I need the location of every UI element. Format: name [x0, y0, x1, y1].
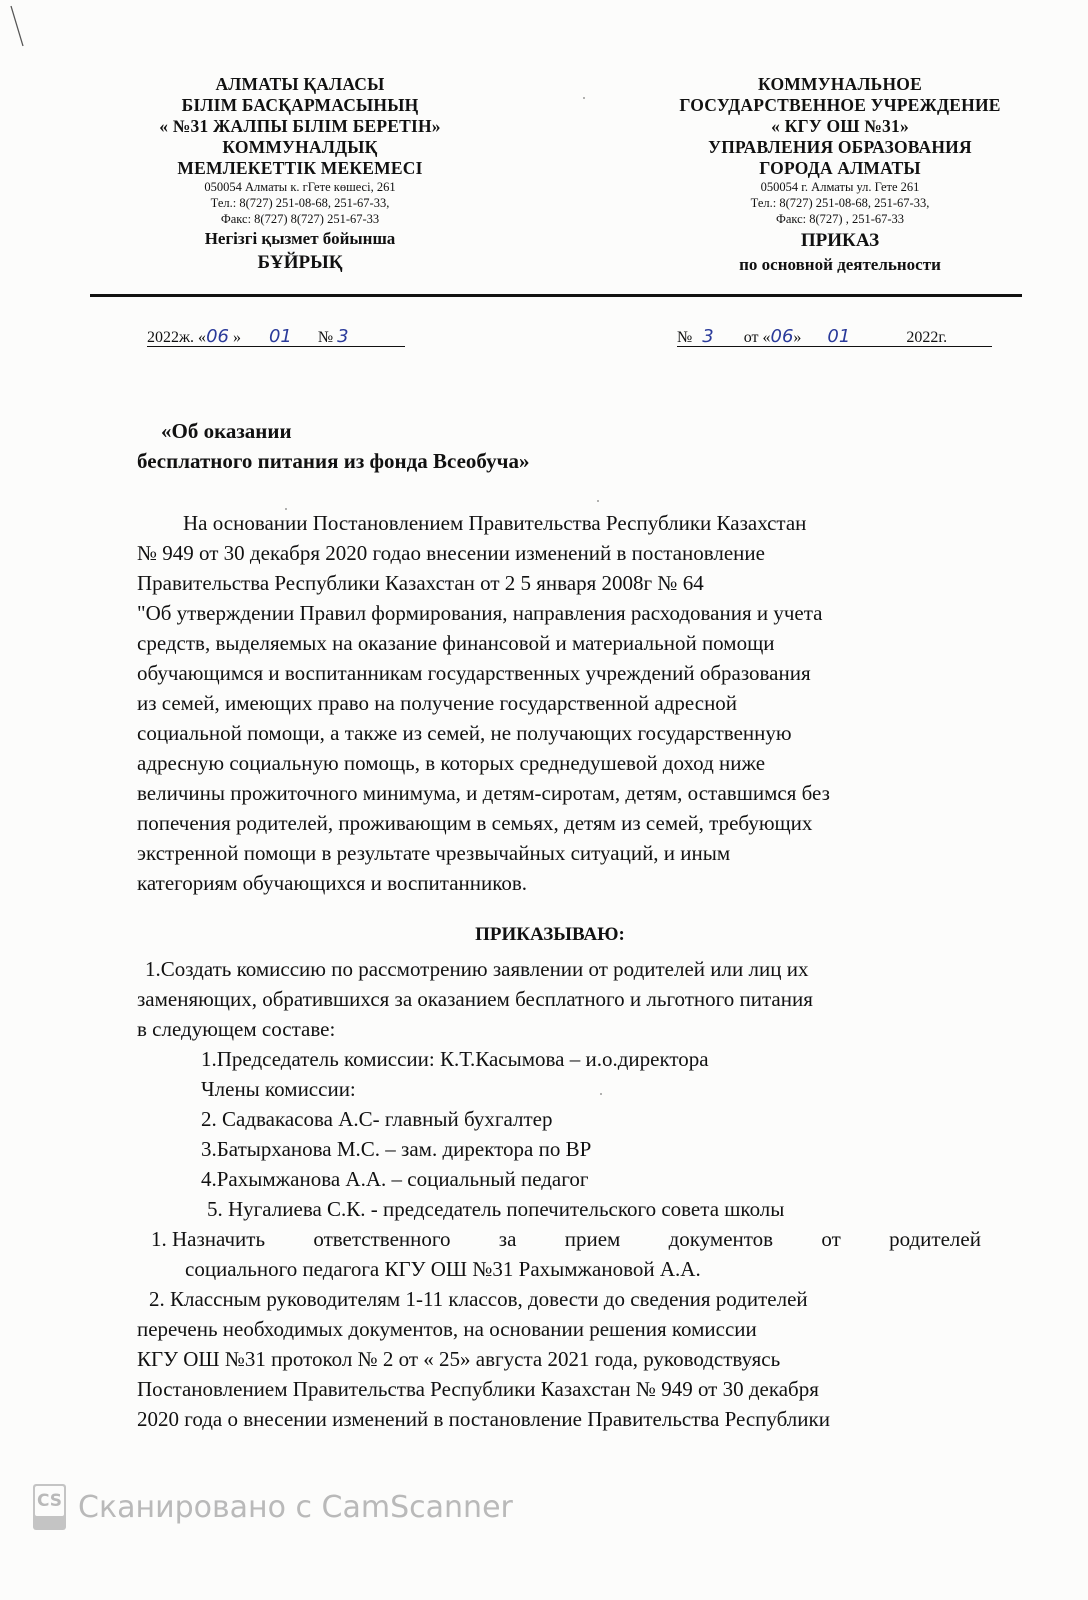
scanned-page: АЛМАТЫ ҚАЛАСЫ БІЛІМ БАСҚАРМАСЫНЫҢ « №31 … — [0, 0, 1088, 1600]
order-heading-text: ПРИКАЗЫВАЮ: — [475, 924, 625, 945]
text-line: категориям обучающихся и воспитанников. — [137, 868, 987, 898]
subject-line: «Об оказании — [137, 416, 529, 446]
from-label: от « — [744, 329, 771, 347]
text-line: 2020 года о внесении изменений в постано… — [137, 1404, 987, 1434]
header-line: КОММУНАЛЬНОЕ — [650, 74, 1030, 95]
date-prefix: 2022ж. « — [147, 329, 206, 347]
header-doc-type: ПРИКАЗ — [650, 229, 1030, 253]
order-date-kazakh: 2022ж. «06»01№3 — [147, 326, 405, 347]
word: за — [499, 1224, 517, 1254]
scan-speck — [597, 500, 599, 502]
scan-speck — [600, 1093, 602, 1095]
header-line: ГОСУДАРСТВЕННОЕ УЧРЕЖДЕНИЕ — [650, 95, 1030, 116]
pen-stroke-mark — [8, 4, 26, 48]
word: 1. Назначить — [151, 1224, 265, 1254]
word: от — [821, 1224, 840, 1254]
scan-speck — [583, 97, 585, 99]
order-subject: «Об оказании бесплатного питания из фонд… — [137, 416, 529, 476]
header-russian: КОММУНАЛЬНОЕ ГОСУДАРСТВЕННОЕ УЧРЕЖДЕНИЕ … — [650, 74, 1030, 277]
header-line: « КГУ ОШ №31» — [650, 116, 1030, 137]
scan-speck — [285, 508, 287, 510]
header-line: УПРАВЛЕНИЯ ОБРАЗОВАНИЯ — [650, 137, 1030, 158]
camscanner-watermark: CS Сканировано с CamScanner — [33, 1484, 513, 1530]
commission-label: Члены комиссии: — [137, 1074, 987, 1104]
handwritten-day: 06 — [206, 326, 229, 347]
handwritten-month: 01 — [269, 326, 292, 347]
header-subtitle: Негізгі қызмет бойынша — [110, 227, 490, 251]
text-line: заменяющих, обратившихся за оказанием бе… — [137, 984, 987, 1014]
header-line: КОММУНАЛДЫҚ — [110, 137, 490, 158]
word: родителей — [889, 1224, 981, 1254]
order-items: 1.Создать комиссию по рассмотрению заявл… — [137, 954, 987, 1434]
text-line: социального педагога КГУ ОШ №31 Рахымжан… — [137, 1254, 987, 1284]
commission-member: 4.Рахымжанова А.А. – социальный педагог — [137, 1164, 987, 1194]
text-line: средств, выделяемых на оказание финансов… — [137, 628, 987, 658]
text-line: На основании Постановлением Правительств… — [137, 508, 987, 538]
header-doc-type: БҰЙРЫҚ — [110, 251, 490, 275]
word: прием — [565, 1224, 621, 1254]
header-phone: Тел.: 8(727) 251-08-68, 251-67-33, — [110, 195, 490, 211]
text-line: "Об утверждении Правил формирования, нап… — [137, 598, 987, 628]
commission-member: 2. Садвакасова А.С- главный бухгалтер — [137, 1104, 987, 1134]
text-line: 2. Классным руководителям 1-11 классов, … — [137, 1284, 987, 1314]
handwritten-number: 3 — [702, 326, 713, 347]
number-label: № — [318, 329, 333, 347]
text-line: 1.Создать комиссию по рассмотрению заявл… — [137, 954, 987, 984]
text-line: социальной помощи, а также из семей, не … — [137, 718, 987, 748]
commission-member: 1.Председатель комиссии: К.Т.Касымова – … — [137, 1044, 987, 1074]
text-line: Правительства Республики Казахстан от 2 … — [137, 568, 987, 598]
header-line: ГОРОДА АЛМАТЫ — [650, 158, 1030, 179]
subject-line: бесплатного питания из фонда Всеобуча» — [137, 446, 529, 476]
text-line: № 949 от 30 декабря 2020 годао внесении … — [137, 538, 987, 568]
header-address: 050054 г. Алматы ул. Гете 261 — [650, 179, 1030, 195]
header-kazakh: АЛМАТЫ ҚАЛАСЫ БІЛІМ БАСҚАРМАСЫНЫҢ « №31 … — [110, 74, 490, 275]
date-year: 2022г. — [906, 329, 947, 347]
header-line: БІЛІМ БАСҚАРМАСЫНЫҢ — [110, 95, 490, 116]
header-line: АЛМАТЫ ҚАЛАСЫ — [110, 74, 490, 95]
camscanner-logo-icon: CS — [33, 1484, 66, 1530]
header-divider — [90, 294, 1022, 297]
assign-line: 1. Назначить ответственного за прием док… — [137, 1224, 981, 1254]
word: документов — [669, 1224, 773, 1254]
commission-member: 3.Батырханова М.С. – зам. директора по В… — [137, 1134, 987, 1164]
text-line: обучающимся и воспитанникам государствен… — [137, 658, 987, 688]
handwritten-day: 06 — [771, 326, 794, 347]
text-line: в следующем составе: — [137, 1014, 987, 1044]
text-line: перечень необходимых документов, на осно… — [137, 1314, 987, 1344]
header-fax: Факс: 8(727) 8(727) 251-67-33 — [110, 211, 490, 227]
text-line: Постановлением Правительства Республики … — [137, 1374, 987, 1404]
text-line: величины прожиточного минимума, и детям-… — [137, 778, 987, 808]
text-line: попечения родителей, проживающим в семья… — [137, 808, 987, 838]
header-fax: Факс: 8(727) , 251-67-33 — [650, 211, 1030, 227]
text-line: КГУ ОШ №31 протокол № 2 от « 25» августа… — [137, 1344, 987, 1374]
date-quote: » — [233, 329, 241, 347]
order-date-russian: №3от «06»012022г. — [677, 326, 992, 347]
handwritten-number: 3 — [337, 326, 348, 347]
header-phone: Тел.: 8(727) 251-08-68, 251-67-33, — [650, 195, 1030, 211]
text-line: экстренной помощи в результате чрезвычай… — [137, 838, 987, 868]
commission-member: 5. Нугалиева С.К. - председатель попечит… — [137, 1194, 987, 1224]
word: ответственного — [313, 1224, 450, 1254]
header-address: 050054 Алматы к. гГете көшесі, 261 — [110, 179, 490, 195]
text-line: адресную социальную помощь, в которых ср… — [137, 748, 987, 778]
order-heading: ПРИКАЗЫВАЮ: — [0, 924, 1088, 946]
header-line: « №31 ЖАЛПЫ БІЛІМ БЕРЕТІН» — [110, 116, 490, 137]
handwritten-month: 01 — [827, 326, 850, 347]
header-line: МЕМЛЕКЕТТІК МЕКЕМЕСІ — [110, 158, 490, 179]
watermark-text: Сканировано с CamScanner — [78, 1490, 513, 1525]
date-quote: » — [793, 329, 801, 347]
number-label: № — [677, 329, 692, 347]
header-subtitle: по основной деятельности — [650, 253, 1030, 277]
text-line: из семей, имеющих право на получение гос… — [137, 688, 987, 718]
preamble-paragraph: На основании Постановлением Правительств… — [137, 508, 987, 898]
